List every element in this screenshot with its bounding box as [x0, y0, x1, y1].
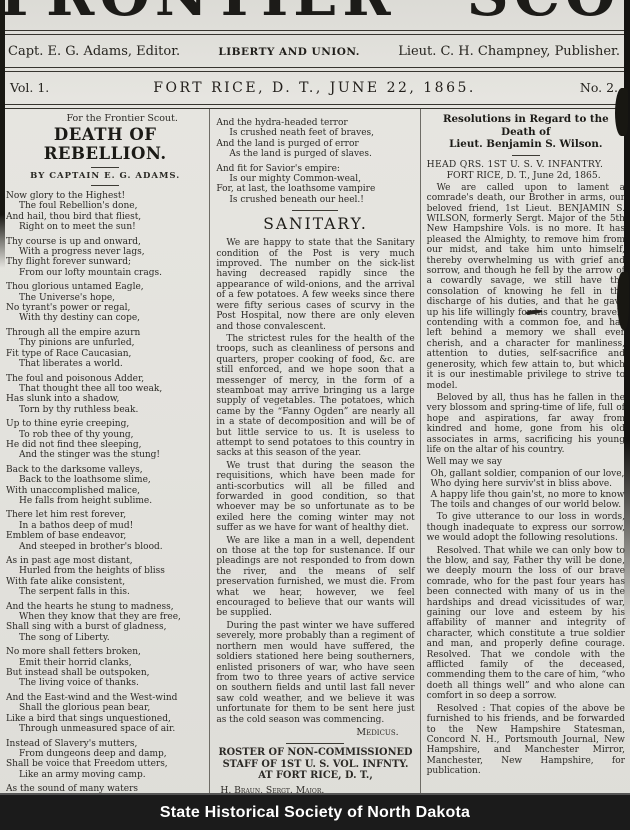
poem-line: Now glory to the Highest! — [6, 191, 204, 201]
poem-stanza: And the East-wind and the West-windShall… — [6, 693, 204, 735]
text-line: The toils and changes of our world below… — [431, 500, 625, 510]
poem-stanza: Instead of Slavery's mutters,From dungeo… — [6, 739, 204, 781]
poem-line: And the hydra-headed terror — [216, 118, 414, 128]
volume-label: Vol. 1. — [10, 80, 49, 95]
medicus-signature: Medicus. — [216, 727, 414, 738]
resolutions-body: To give utterance to our loss in words, … — [427, 512, 625, 776]
motto: LIBERTY AND UNION. — [218, 46, 360, 58]
poem-line: Emit their horrid clanks, — [6, 658, 204, 668]
sanitary-heading: SANITARY. — [216, 215, 414, 233]
archive-footer-label: State Historical Society of North Dakota — [160, 804, 470, 822]
headline-rule — [512, 155, 540, 156]
poem-line: With unaccomplished malice, — [6, 486, 204, 496]
poem-line: But instead shall be outspoken, — [6, 668, 204, 678]
paragraph: To give utterance to our loss in words, … — [427, 512, 625, 543]
masthead: FRONTIER SCOUT. — [0, 0, 630, 30]
paragraph: We are like a man in a well, dependent o… — [216, 536, 414, 619]
poem-line: Hurled from the heights of bliss — [6, 566, 204, 576]
roster-heading: ROSTER OF NON-COMMISSIONEDSTAFF OF 1ST U… — [216, 747, 414, 782]
column-area: For the Frontier Scout. DEATH OF REBELLI… — [0, 109, 630, 793]
poem-line: Shall be voice that Freedom utters, — [6, 759, 204, 769]
poem-line: The serpent falls in this. — [6, 587, 204, 597]
resolutions-headline-line1: Resolutions in Regard to the Death of — [427, 113, 625, 138]
poem-attribution: For the Frontier Scout. — [6, 113, 204, 124]
memorial-verse: Oh, gallant soldier, companion of our lo… — [431, 469, 625, 511]
poem-stanza: As the sound of many waters — [6, 784, 204, 793]
poem-line: The living voice of thanks. — [6, 678, 204, 688]
poem-line: There let him rest forever, — [6, 510, 204, 520]
poem-line: For, at last, the loathsome vampire — [216, 184, 414, 194]
poem-line: Thy course is up and onward, — [6, 237, 204, 247]
poem-line: No more shall fetters broken, — [6, 647, 204, 657]
poem-line: Shall the glorious pean bear, — [6, 703, 204, 713]
poem-stanza: Now glory to the Highest!The foul Rebell… — [6, 191, 204, 233]
poem-line: That thought thee all too weak, — [6, 384, 204, 394]
poem-stanza: As in past age most distant,Hurled from … — [6, 556, 204, 598]
roster-list: H. Braun, Sergt. Major.C. D. Thompson, Q… — [216, 785, 414, 793]
poem-line: And fit for Savior's empire: — [216, 164, 414, 174]
poem-stanza: Up to thine eyrie creeping,To rob thee o… — [6, 419, 204, 461]
byline-rule — [91, 185, 119, 186]
poem-line: As in past age most distant, — [6, 556, 204, 566]
paragraph: We are called upon to lament a comrade's… — [427, 183, 625, 391]
credits-row: Capt. E. G. Adams, Editor. LIBERTY AND U… — [0, 35, 630, 67]
poem-line: Like a bird that sings unquestioned, — [6, 714, 204, 724]
poem-stanza: Thy course is up and onward,With a progr… — [6, 237, 204, 279]
poem-line: Emblem of base endeavor, — [6, 531, 204, 541]
poem-line: The foul Rebellion's done, — [6, 201, 204, 211]
poem-stanza: Back to the darksome valleys,Back to the… — [6, 465, 204, 507]
poem-line: And the land is purged of error — [216, 139, 414, 149]
poem-line: And steeped in brother's blood. — [6, 542, 204, 552]
text-line: ROSTER OF NON-COMMISSIONED — [216, 747, 414, 759]
column-1: For the Frontier Scout. DEATH OF REBELLI… — [0, 109, 209, 793]
poem-line: Thy pinions are unfurled, — [6, 338, 204, 348]
poem-stanza: And the hearts he stung to madness,When … — [6, 602, 204, 644]
poem-line: He falls from height sublime. — [6, 496, 204, 506]
newspaper-page: FRONTIER SCOUT. Capt. E. G. Adams, Edito… — [0, 0, 630, 830]
text-line: STAFF OF 1ST U. S. VOL. INFNTY. — [216, 759, 414, 771]
poem-line: Through all the empire azurn — [6, 328, 204, 338]
editor-credit: Capt. E. G. Adams, Editor. — [8, 44, 180, 59]
poem-line: Through unmeasured space of air. — [6, 724, 204, 734]
left-edge-shadow — [0, 0, 5, 268]
paragraph: Resolved : That copies of the above be f… — [427, 704, 625, 777]
poem-line: Has slunk into a shadow, — [6, 394, 204, 404]
archive-footer-bar: State Historical Society of North Dakota — [0, 793, 630, 830]
death-of-rebellion-poem: Now glory to the Highest!The foul Rebell… — [6, 191, 204, 793]
text-line: H. Braun, Sergt. Major. — [220, 785, 414, 793]
poem-line: Torn by thy ruthless beak. — [6, 405, 204, 415]
poem-line: The Universe's hope, — [6, 293, 204, 303]
poem-headline: DEATH OF REBELLION. — [6, 125, 204, 163]
hq-dateline: HEAD QRS. 1ST U. S. V. INFANTRY. — [427, 159, 625, 170]
date-dateline: FORT RICE, D. T., June 2d, 1865. — [427, 170, 625, 181]
resolutions-intro: We are called upon to lament a comrade's… — [427, 183, 625, 456]
sanitary-article: We are happy to state that the Sanitary … — [216, 238, 414, 725]
poem-line: With thy destiny can cope, — [6, 313, 204, 323]
poem-line: The song of Liberty. — [6, 633, 204, 643]
text-line: A happy life thou gain'st, no more to kn… — [431, 490, 625, 500]
poem-byline: BY CAPTAIN E. G. ADAMS. — [6, 171, 204, 181]
poem-line: Like an army moving camp. — [6, 770, 204, 780]
column-3: Resolutions in Regard to the Death of Li… — [420, 109, 630, 793]
poem-line: Is crushed beneath our heel.! — [216, 195, 414, 205]
poem-stanza: No more shall fetters broken,Emit their … — [6, 647, 204, 689]
well-may-we-say-line: Well may we say — [427, 457, 625, 467]
issue-number: No. 2. — [580, 80, 618, 95]
poem-line: Back to the darksome valleys, — [6, 465, 204, 475]
headline-rule — [91, 167, 119, 168]
poem-line: Instead of Slavery's mutters, — [6, 739, 204, 749]
poem-line: Fit type of Race Caucasian, — [6, 349, 204, 359]
paragraph: Beloved by all, thus has he fallen in th… — [427, 393, 625, 455]
poem-line: From our lofty mountain crags. — [6, 268, 204, 278]
issue-row: Vol. 1. FORT RICE, D. T., JUNE 22, 1865.… — [0, 72, 630, 104]
poem-line: When they know that they are free, — [6, 612, 204, 622]
right-edge-ink-blob — [615, 88, 628, 136]
paragraph: We are happy to state that the Sanitary … — [216, 238, 414, 332]
issue-dateline: FORT RICE, D. T., JUNE 22, 1865. — [153, 80, 476, 96]
poem-stanza: Thou glorious untamed Eagle,The Universe… — [6, 282, 204, 324]
paragraph: Resolved. That while we can only bow to … — [427, 546, 625, 702]
poem-line: With fate alike consistent, — [6, 577, 204, 587]
poem-line: Shall sing with a burst of gladness, — [6, 622, 204, 632]
resolutions-headline-line2: Lieut. Benjamin S. Wilson. — [427, 138, 625, 151]
poem-line: And the East-wind and the West-wind — [6, 693, 204, 703]
poem-stanza: There let him rest forever,In a bathos d… — [6, 510, 204, 552]
poem-stanza: The foul and poisonous Adder,That though… — [6, 374, 204, 416]
text-line: AT FORT RICE, D. T., — [216, 770, 414, 782]
roster-rule — [286, 743, 344, 744]
poem-line: Is our mighty Common-weal, — [216, 174, 414, 184]
poem-line: He did not find thee sleeping, — [6, 440, 204, 450]
poem-line: From dungeons deep and damp, — [6, 749, 204, 759]
paragraph: We trust that during the season the requ… — [216, 461, 414, 534]
publisher-credit: Lieut. C. H. Champney, Publisher. — [398, 44, 620, 59]
poem-line: And hail, thou bird that fliest, — [6, 212, 204, 222]
poem-line: Right on to meet the sun! — [6, 222, 204, 232]
text-line: Oh, gallant soldier, companion of our lo… — [431, 469, 625, 479]
section-rule — [292, 210, 338, 211]
poem-stanza: Through all the empire azurnThy pinions … — [6, 328, 204, 370]
poem-line: That liberates a world. — [6, 359, 204, 369]
poem-line: Thy flight forever sunward; — [6, 257, 204, 267]
right-edge-ink-blob — [617, 272, 629, 330]
poem-line: Is crushed neath feet of braves, — [216, 128, 414, 138]
poem-stanza: And fit for Savior's empire:Is our might… — [216, 164, 414, 206]
masthead-title: FRONTIER SCOUT. — [0, 0, 630, 24]
poem-line: As the land is purged of slaves. — [216, 149, 414, 159]
poem-line: Up to thine eyrie creeping, — [6, 419, 204, 429]
poem-line: With a progress never lags, — [6, 247, 204, 257]
poem-line: As the sound of many waters — [6, 784, 204, 793]
poem-line: In a bathos deep of mud! — [6, 521, 204, 531]
paragraph: The strictest rules for the health of th… — [216, 334, 414, 459]
poem-line: To rob thee of thy young, — [6, 430, 204, 440]
poem-line: Thou glorious untamed Eagle, — [6, 282, 204, 292]
poem-stanza: And the hydra-headed terrorIs crushed ne… — [216, 118, 414, 160]
poem-line: And the hearts he stung to madness, — [6, 602, 204, 612]
poem-line: Back to the loathsome slime, — [6, 475, 204, 485]
poem-line: The foul and poisonous Adder, — [6, 374, 204, 384]
poem-continuation: And the hydra-headed terrorIs crushed ne… — [216, 118, 414, 205]
column-2: And the hydra-headed terrorIs crushed ne… — [209, 109, 419, 793]
poem-line: No tyrant's power or regal, — [6, 303, 204, 313]
poem-line: And the stinger was the stung! — [6, 450, 204, 460]
paragraph: During the past winter we have suffered … — [216, 621, 414, 725]
text-line: Who dying here surviv'st in bliss above. — [431, 479, 625, 489]
